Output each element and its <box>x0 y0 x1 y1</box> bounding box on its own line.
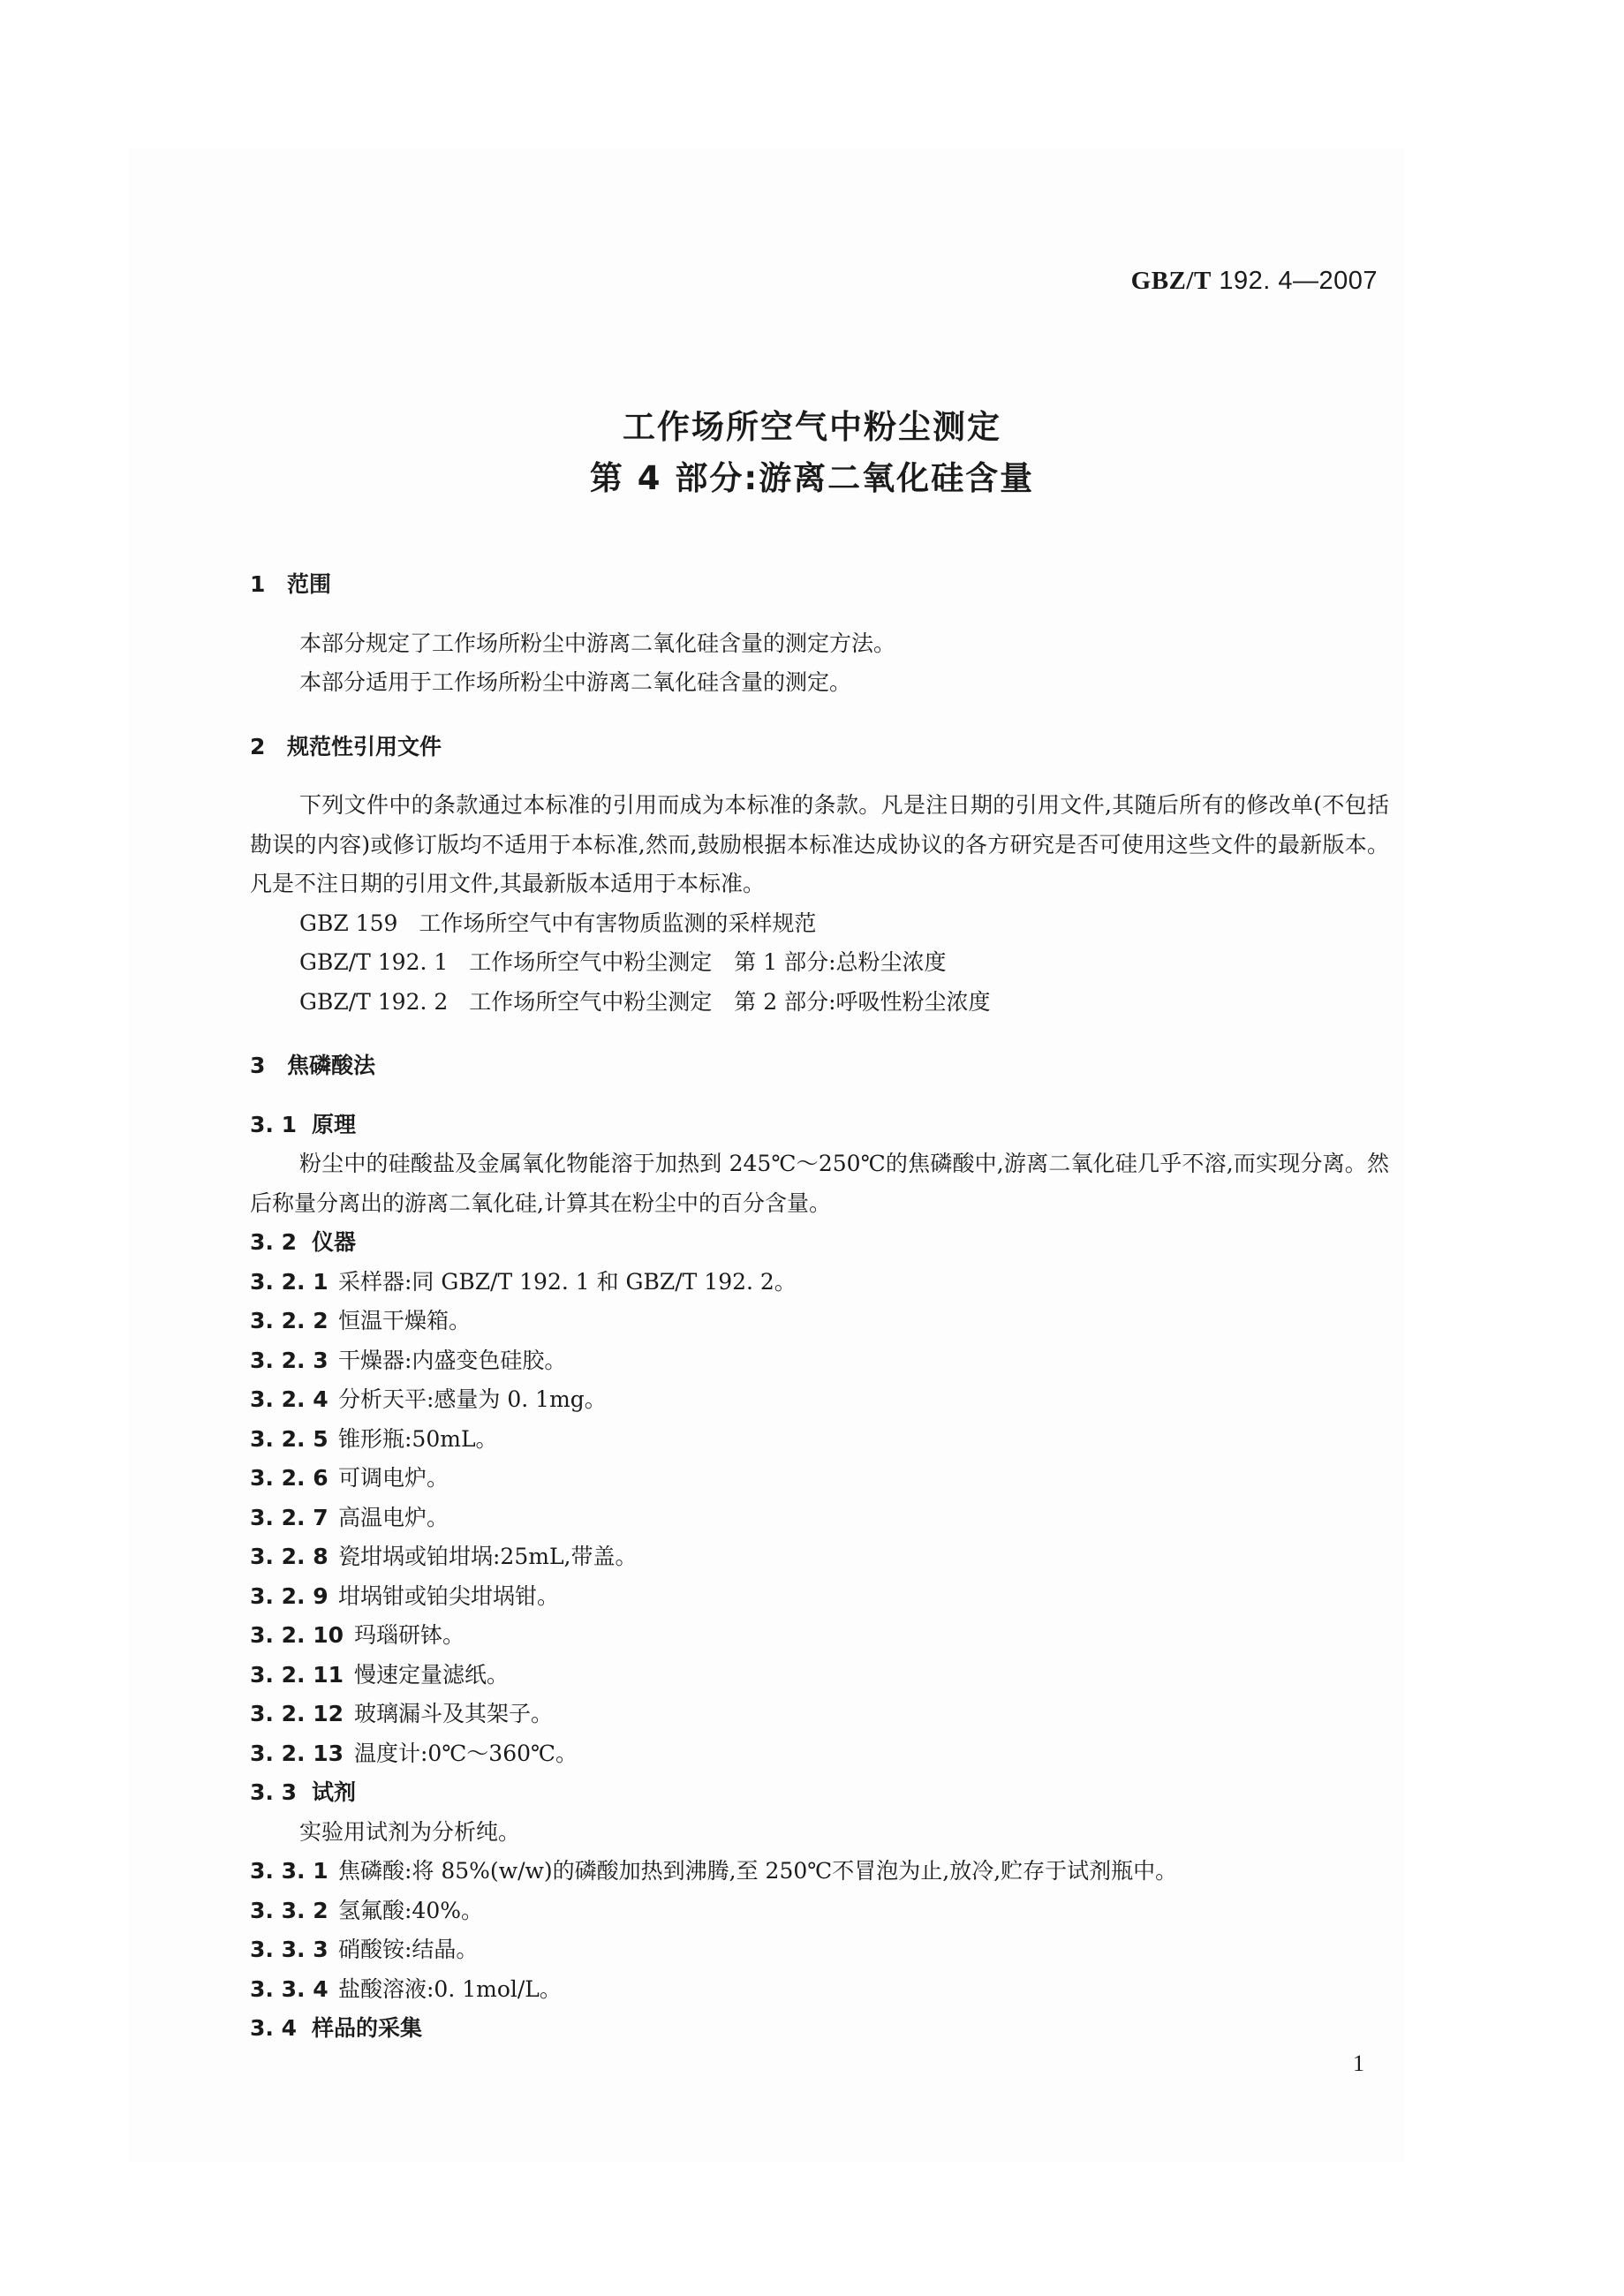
section-title: 规范性引用文件 <box>287 734 442 759</box>
item-number: 3. 2. 10 <box>250 1616 354 1656</box>
section-number: 1 <box>250 565 287 605</box>
item-number: 3. 2. 2 <box>250 1302 338 1341</box>
subsection-title: 试剂 <box>312 1779 356 1805</box>
reagent-intro: 实验用试剂为分析纯。 <box>250 1813 1389 1853</box>
standard-code: GBZ/T 192. 4—2007 <box>1131 267 1378 296</box>
apparatus-item: 3. 2. 12玻璃漏斗及其架子。 <box>250 1695 1389 1734</box>
subsection-title: 仪器 <box>312 1229 356 1255</box>
item-number: 3. 2. 3 <box>250 1341 338 1381</box>
item-text: 采样器:同 GBZ/T 192. 1 和 GBZ/T 192. 2。 <box>338 1269 797 1295</box>
subsection-number: 3. 2 <box>250 1223 312 1263</box>
subsection-number: 3. 3 <box>250 1773 312 1813</box>
section-2-intro: 下列文件中的条款通过本标准的引用而成为本标准的条款。凡是注日期的引用文件,其随后… <box>250 786 1389 904</box>
section-number: 2 <box>250 728 287 767</box>
section-title: 焦磷酸法 <box>287 1053 375 1078</box>
apparatus-item: 3. 2. 13温度计:0℃～360℃。 <box>250 1734 1389 1774</box>
apparatus-item: 3. 2. 9坩埚钳或铂尖坩埚钳。 <box>250 1577 1389 1617</box>
subsection-title: 样品的采集 <box>312 2015 422 2041</box>
item-text: 玻璃漏斗及其架子。 <box>354 1701 553 1726</box>
subsection-3-1-heading: 3. 1原理 <box>250 1106 1389 1145</box>
reference-item: GBZ 159工作场所空气中有害物质监测的采样规范 <box>250 904 1389 944</box>
standard-code-prefix: GBZ/T <box>1131 267 1212 295</box>
apparatus-item: 3. 2. 11慢速定量滤纸。 <box>250 1656 1389 1696</box>
section-1-paragraph-1: 本部分规定了工作场所粉尘中游离二氧化硅含量的测定方法。 <box>250 624 1389 664</box>
section-1-heading: 1范围 <box>250 565 1389 605</box>
item-number: 3. 2. 4 <box>250 1380 338 1420</box>
document-title: 工作场所空气中粉尘测定 第 4 部分:游离二氧化硅含量 <box>0 402 1624 504</box>
item-number: 3. 3. 1 <box>250 1852 338 1892</box>
apparatus-item: 3. 2. 6可调电炉。 <box>250 1459 1389 1499</box>
principle-text: 粉尘中的硅酸盐及金属氧化物能溶于加热到 245℃～250℃的焦磷酸中,游离二氧化… <box>250 1144 1389 1223</box>
subsection-number: 3. 4 <box>250 2009 312 2049</box>
item-text: 瓷坩埚或铂坩埚:25mL,带盖。 <box>338 1544 638 1569</box>
reagent-item: 3. 3. 4盐酸溶液:0. 1mol/L。 <box>250 1970 1389 2010</box>
section-3-heading: 3焦磷酸法 <box>250 1046 1389 1086</box>
apparatus-item: 3. 2. 2恒温干燥箱。 <box>250 1302 1389 1341</box>
item-text: 氢氟酸:40%。 <box>338 1898 483 1923</box>
apparatus-item: 3. 2. 3干燥器:内盛变色硅胶。 <box>250 1341 1389 1381</box>
item-text: 坩埚钳或铂尖坩埚钳。 <box>338 1583 559 1609</box>
item-text: 可调电炉。 <box>338 1465 449 1491</box>
subsection-3-4-heading: 3. 4样品的采集 <box>250 2009 1389 2049</box>
item-text: 锥形瓶:50mL。 <box>338 1426 498 1452</box>
apparatus-item: 3. 2. 8瓷坩埚或铂坩埚:25mL,带盖。 <box>250 1537 1389 1577</box>
item-text: 硝酸铵:结晶。 <box>338 1937 478 1962</box>
item-text: 玛瑙研钵。 <box>354 1622 465 1648</box>
apparatus-item: 3. 2. 5锥形瓶:50mL。 <box>250 1420 1389 1460</box>
item-number: 3. 2. 8 <box>250 1537 338 1577</box>
reference-code: GBZ 159 <box>299 904 397 944</box>
reagent-item: 3. 3. 2氢氟酸:40%。 <box>250 1892 1389 1931</box>
item-text: 高温电炉。 <box>338 1505 449 1530</box>
reference-title: 工作场所空气中粉尘测定 第 2 部分:呼吸性粉尘浓度 <box>469 989 990 1015</box>
subsection-3-3-heading: 3. 3试剂 <box>250 1773 1389 1813</box>
title-line-1: 工作场所空气中粉尘测定 <box>0 402 1624 453</box>
reference-title: 工作场所空气中有害物质监测的采样规范 <box>419 910 816 936</box>
reagent-item: 3. 3. 1焦磷酸:将 85%(w/w)的磷酸加热到沸腾,至 250℃不冒泡为… <box>250 1852 1389 1892</box>
standard-code-number: 192. 4—2007 <box>1212 267 1378 295</box>
reagent-item: 3. 3. 3硝酸铵:结晶。 <box>250 1930 1389 1970</box>
subsection-3-2-heading: 3. 2仪器 <box>250 1223 1389 1263</box>
section-1-paragraph-2: 本部分适用于工作场所粉尘中游离二氧化硅含量的测定。 <box>250 663 1389 703</box>
item-number: 3. 3. 3 <box>250 1930 338 1970</box>
title-line-2: 第 4 部分:游离二氧化硅含量 <box>0 453 1624 504</box>
item-number: 3. 2. 12 <box>250 1695 354 1734</box>
section-2-heading: 2规范性引用文件 <box>250 728 1389 767</box>
subsection-title: 原理 <box>312 1112 356 1137</box>
item-number: 3. 2. 7 <box>250 1499 338 1538</box>
item-text: 盐酸溶液:0. 1mol/L。 <box>338 1976 562 2002</box>
apparatus-item: 3. 2. 10玛瑙研钵。 <box>250 1616 1389 1656</box>
section-title: 范围 <box>287 571 331 597</box>
item-number: 3. 3. 4 <box>250 1970 338 2010</box>
reference-item: GBZ/T 192. 1工作场所空气中粉尘测定 第 1 部分:总粉尘浓度 <box>250 943 1389 983</box>
section-number: 3 <box>250 1046 287 1086</box>
item-number: 3. 2. 6 <box>250 1459 338 1499</box>
reference-code: GBZ/T 192. 2 <box>299 983 448 1023</box>
reference-item: GBZ/T 192. 2工作场所空气中粉尘测定 第 2 部分:呼吸性粉尘浓度 <box>250 983 1389 1023</box>
page-number: 1 <box>1353 2051 1364 2077</box>
document-body: 1范围 本部分规定了工作场所粉尘中游离二氧化硅含量的测定方法。 本部分适用于工作… <box>250 556 1389 2049</box>
item-text: 焦磷酸:将 85%(w/w)的磷酸加热到沸腾,至 250℃不冒泡为止,放冷,贮存… <box>338 1858 1177 1884</box>
item-number: 3. 3. 2 <box>250 1892 338 1931</box>
apparatus-item: 3. 2. 1采样器:同 GBZ/T 192. 1 和 GBZ/T 192. 2… <box>250 1263 1389 1303</box>
item-text: 分析天平:感量为 0. 1mg。 <box>338 1386 607 1412</box>
item-text: 恒温干燥箱。 <box>338 1308 471 1333</box>
subsection-number: 3. 1 <box>250 1106 312 1145</box>
reference-code: GBZ/T 192. 1 <box>299 943 448 983</box>
item-number: 3. 2. 5 <box>250 1420 338 1460</box>
item-number: 3. 2. 13 <box>250 1734 354 1774</box>
item-text: 温度计:0℃～360℃。 <box>354 1741 578 1766</box>
item-number: 3. 2. 9 <box>250 1577 338 1617</box>
item-number: 3. 2. 1 <box>250 1263 338 1303</box>
reference-title: 工作场所空气中粉尘测定 第 1 部分:总粉尘浓度 <box>469 949 946 975</box>
item-number: 3. 2. 11 <box>250 1656 354 1696</box>
item-text: 慢速定量滤纸。 <box>354 1662 509 1688</box>
apparatus-item: 3. 2. 4分析天平:感量为 0. 1mg。 <box>250 1380 1389 1420</box>
item-text: 干燥器:内盛变色硅胶。 <box>338 1348 566 1373</box>
apparatus-item: 3. 2. 7高温电炉。 <box>250 1499 1389 1538</box>
